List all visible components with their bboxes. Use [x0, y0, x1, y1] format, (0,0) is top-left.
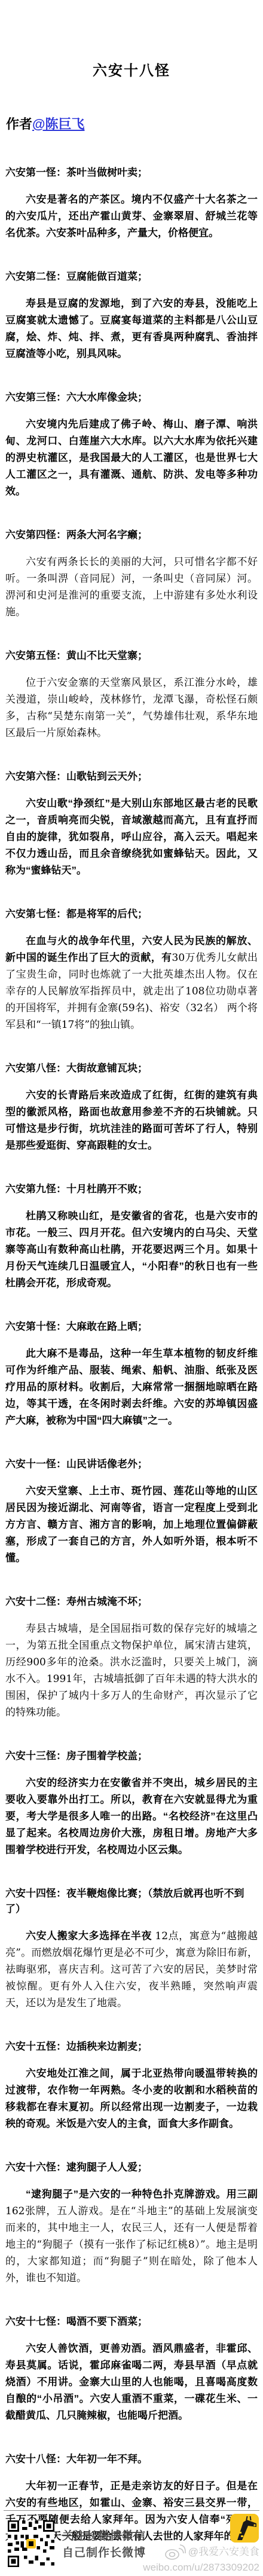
- footer-watermark: @我爱六安美食 weibo.com/u/2873309202: [143, 2544, 259, 2575]
- body-run: “逮狗腿子”是六安的一种特色扑克牌游戏。用三副: [26, 2189, 258, 2200]
- watermark-url: weibo.com/u/2873309202: [143, 2560, 259, 2575]
- section-body: 在血与火的战争年代里，六安人民为民族的解放、新中国的诞生作出了巨大的贡献，有30…: [5, 933, 258, 1033]
- section-body: 六安的长青路后来改造成了红街，红街的建筑有典型的徽派风格，路面也故意用参差不齐的…: [5, 1087, 258, 1154]
- body-run: 六安人善饮酒，更善劝酒。酒风鼎盛者，非霍邱、寿县莫属。话说，霍邱麻雀喝二两，寿县…: [5, 2343, 258, 2421]
- section-body: 此大麻不是毒品，这种一年生草本植物的韧皮纤维可作为纤维产品、服装、绳索、船帆、油…: [5, 1345, 258, 1429]
- section-body: 杜鹃又称映山红，是安徽省的省花，也是六安市的市花。一般三、四月开花。但六安境内的…: [5, 1208, 258, 1292]
- section-heading: 六安十三怪：房子围着学校盖；: [5, 1748, 258, 1764]
- footer-divider: [4, 2510, 259, 2511]
- section-heading: 六安十五怪：边插秧来边割麦；: [5, 2039, 258, 2055]
- body-run: 六安天堂寨、上土市、斑竹园、莲花山等地的山区居民因为接近湖北、河南等省，语言一定…: [5, 1485, 258, 1564]
- section-body: 寿县古城墙，是全国屈指可数的保存完好的城墙之一，为第五批全国重点文物保护单位，属…: [5, 1620, 258, 1721]
- section-heading: 六安十七怪：喝酒不要下酒菜；: [5, 2314, 258, 2330]
- section: 六安十六怪：逮狗腿子人人爱； “逮狗腿子”是六安的一种特色扑克牌游戏。用三副 1…: [5, 2160, 258, 2287]
- section: 六安第一怪：茶叶当做树叶卖； 六安是著名的产茶区。境内不仅盛产十大名茶之一的六安…: [5, 165, 258, 242]
- body-run: 30万优秀儿女献出了宝贵生命，同时也炼就了一大批英雄杰出人物。仅在幸存的人民解放…: [5, 952, 258, 1031]
- author-link[interactable]: @陈巨飞: [32, 117, 84, 132]
- section: 六安十二怪：寿州古城淹不坏； 寿县古城墙，是全国屈指可数的保存完好的城墙之一，为…: [5, 1594, 258, 1721]
- giraffe-app-icon: [230, 2514, 259, 2543]
- weibo-icon: [164, 2544, 186, 2560]
- section-heading: 六安十二怪：寿州古城淹不坏；: [5, 1594, 258, 1610]
- body-run: 六安是著名的产茶区。境内不仅盛产十大名茶之一的六安瓜片，还出产霍山黄芽、金寨翠眉…: [5, 194, 258, 239]
- section-body: 六安是著名的产茶区。境内不仅盛产十大名茶之一的六安瓜片，还出产霍山黄芽、金寨翠眉…: [5, 191, 258, 242]
- body-run: 12点，寓意为“越搬越亮”。而燃放烟花爆竹更是必不可少，寓意为除旧布新，祛晦驱邪…: [5, 1930, 258, 2009]
- section-body: 六安有两条长长的美丽的大河，只可惜名字都不好听。一条叫淠（音同屁）河，一条叫史（…: [5, 554, 258, 621]
- section: 六安第七怪：都是将军的后代； 在血与火的战争年代里，六安人民为民族的解放、新中国…: [5, 907, 258, 1033]
- body-run: 六安地处江淮之间，属于北亚热带向暖温带转换的过渡带，农作物一年两熟。冬小麦的收割…: [5, 2068, 258, 2129]
- section-heading: 六安十四怪：夜半鞭炮像比赛；（禁放后就再也听不到了）: [5, 1886, 258, 1917]
- section-heading: 六安第十怪：大麻敢在路上晒；: [5, 1319, 258, 1335]
- section-heading: 六安第一怪：茶叶当做树叶卖；: [5, 165, 258, 181]
- body-run: 六安境内先后建成了佛子岭、梅山、磨子潭、响洪甸、龙河口、白莲崖六大水库。以六大水…: [5, 419, 258, 497]
- section-body: 六安天堂寨、上土市、斑竹园、莲花山等地的山区居民因为接近湖北、河南等省，语言一定…: [5, 1483, 258, 1567]
- body-run: 寿县是豆腐的发源地，到了六安的寿县，没能吃上豆腐宴就太遗憾了。豆腐宴每道菜的主料…: [5, 298, 258, 359]
- section: 六安第九怪：十月杜鹃开不败； 杜鹃又称映山红，是安徽省的省花，也是六安市的市花。…: [5, 1182, 258, 1292]
- qr-code-icon: [8, 2520, 54, 2567]
- body-run: 杜鹃又称映山红，是安徽省的省花，也是六安市的市花。一般三、四月开花。但六安境内的…: [5, 1210, 258, 1289]
- author-label: 作者: [6, 117, 32, 132]
- footer: 关注长微博微信 自己制作长微博: [0, 2505, 263, 2576]
- body-run: 六安有两条长长的美丽的大河，只可惜名字都不好听。一条叫淠（音同屁）河，一条叫史（…: [5, 556, 258, 618]
- section-body: 六安地处江淮之间，属于北亚热带向暖温带转换的过渡带，农作物一年两熟。冬小麦的收割…: [5, 2065, 258, 2132]
- section: 六安十五怪：边插秧来边割麦； 六安地处江淮之间，属于北亚热带向暖温带转换的过渡带…: [5, 2039, 258, 2132]
- section-heading: 六安第七怪：都是将军的后代；: [5, 907, 258, 922]
- sections: 六安第一怪：茶叶当做树叶卖； 六安是著名的产茶区。境内不仅盛产十大名茶之一的六安…: [0, 165, 263, 2545]
- section-heading: 六安第四怪：两条大河名字癞；: [5, 527, 258, 543]
- section: 六安第三怪：六大水库像金块； 六安境内先后建成了佛子岭、梅山、磨子潭、响洪甸、龙…: [5, 390, 258, 500]
- section-heading: 六安第九怪：十月杜鹃开不败；: [5, 1182, 258, 1197]
- footer-promo-line1: 关注长微博微信: [62, 2528, 146, 2545]
- section-heading: 六安第二怪：豆腐能做百道菜；: [5, 269, 258, 285]
- long-weibo-article: 六安十八怪 作者@陈巨飞 六安第一怪：茶叶当做树叶卖； 六安是著名的产茶区。境内…: [0, 0, 263, 2576]
- section: 六安十四怪：夜半鞭炮像比赛；（禁放后就再也听不到了） 六安人搬家大多选择在半夜 …: [5, 1886, 258, 2012]
- section: 六安第八怪：大街故意铺瓦块； 六安的长青路后来改造成了红街，红街的建筑有典型的徽…: [5, 1061, 258, 1154]
- body-run: 位于六安金寨的天堂寨风景区，系江淮分水岭，雄关漫道，崇山峻岭，茂林修竹，龙潭飞瀑…: [5, 677, 258, 739]
- section-heading: 六安第六怪：山歌钻到云天外；: [5, 769, 258, 785]
- section-heading: 六安十六怪：逮狗腿子人人爱；: [5, 2160, 258, 2175]
- body-run: 寿县古城墙，是全国屈指可数的保存完好的城墙之一，为第五批全国重点文物保护单位，属…: [5, 1623, 258, 1719]
- section-heading: 六安十八怪：大年初一年不拜。: [5, 2452, 258, 2467]
- section: 六安十七怪：喝酒不要下酒菜； 六安人善饮酒，更善劝酒。酒风鼎盛者，非霍邱、寿县莫…: [5, 2314, 258, 2424]
- section-heading: 六安第五怪：黄山不比天堂寨；: [5, 648, 258, 664]
- section-body: 六安人搬家大多选择在半夜 12点，寓意为“越搬越亮”。而燃放烟花爆竹更是必不可少…: [5, 1928, 258, 2012]
- section: 六安十三怪：房子围着学校盖； 六安的经济实力在安徽省并不突出，城乡居民的主要收入…: [5, 1748, 258, 1858]
- section-body: 六安山歌“挣颈红”是大别山东部地区最古老的民歌之一，音质响亮而尖锐，音域激越而高…: [5, 795, 258, 879]
- section-heading: 六安第八怪：大街故意铺瓦块；: [5, 1061, 258, 1076]
- footer-promo: 关注长微博微信 自己制作长微博: [62, 2528, 146, 2562]
- body-run: 六安的经济实力在安徽省并不突出，城乡居民的主要收入要靠外出打工。所以，教育在六安…: [5, 1777, 258, 1855]
- section-body: 寿县是豆腐的发源地，到了六安的寿县，没能吃上豆腐宴就太遗憾了。豆腐宴每道菜的主料…: [5, 295, 258, 362]
- section: 六安第五怪：黄山不比天堂寨； 位于六安金寨的天堂寨风景区，系江淮分水岭，雄关漫道…: [5, 648, 258, 741]
- section: 六安第十怪：大麻敢在路上晒； 此大麻不是毒品，这种一年生草本植物的韧皮纤维可作为…: [5, 1319, 258, 1429]
- section-body: 位于六安金寨的天堂寨风景区，系江淮分水岭，雄关漫道，崇山峻岭，茂林修竹，龙潭飞瀑…: [5, 674, 258, 741]
- body-run: 此大麻不是毒品，这种一年生草本植物的韧皮纤维可作为纤维产品、服装、绳索、船帆、油…: [5, 1348, 258, 1426]
- section-body: “逮狗腿子”是六安的一种特色扑克牌游戏。用三副 162张牌，五人游戏。是在“斗地…: [5, 2186, 258, 2287]
- author-line: 作者@陈巨飞: [0, 114, 263, 133]
- watermark-handle: @我爱六安美食: [188, 2545, 259, 2559]
- page-title: 六安十八怪: [0, 0, 263, 80]
- body-run: 六安的长青路后来改造成了红街，红街的建筑有典型的徽派风格，路面也故意用参差不齐的…: [5, 1089, 258, 1151]
- section-heading: 六安十一怪：山民讲话像老外；: [5, 1457, 258, 1472]
- section: 六安第六怪：山歌钻到云天外； 六安山歌“挣颈红”是大别山东部地区最古老的民歌之一…: [5, 769, 258, 879]
- section: 六安第四怪：两条大河名字癞； 六安有两条长长的美丽的大河，只可惜名字都不好听。一…: [5, 527, 258, 621]
- section-body: 六安境内先后建成了佛子岭、梅山、磨子潭、响洪甸、龙河口、白莲崖六大水库。以六大水…: [5, 416, 258, 500]
- body-run: 六安人搬家大多选择在半夜: [26, 1930, 155, 1942]
- section: 六安第二怪：豆腐能做百道菜； 寿县是豆腐的发源地，到了六安的寿县，没能吃上豆腐宴…: [5, 269, 258, 362]
- body-run: 六安山歌“挣颈红”是大别山东部地区最古老的民歌之一，音质响亮而尖锐，音域激越而高…: [5, 798, 258, 876]
- footer-promo-line2: 自己制作长微博: [62, 2545, 146, 2562]
- body-run: 162张牌，五人游戏。是在“斗地主”的基础上发展演变而来的，其中地主一人，农民三…: [5, 2205, 258, 2284]
- section: 六安十一怪：山民讲话像老外； 六安天堂寨、上土市、斑竹园、莲花山等地的山区居民因…: [5, 1457, 258, 1567]
- section-body: 六安人善饮酒，更善劝酒。酒风鼎盛者，非霍邱、寿县莫属。话说，霍邱麻雀喝二两，寿县…: [5, 2340, 258, 2424]
- section-heading: 六安第三怪：六大水库像金块；: [5, 390, 258, 405]
- section-body: 六安的经济实力在安徽省并不突出，城乡居民的主要收入要靠外出打工。所以，教育在六安…: [5, 1775, 258, 1858]
